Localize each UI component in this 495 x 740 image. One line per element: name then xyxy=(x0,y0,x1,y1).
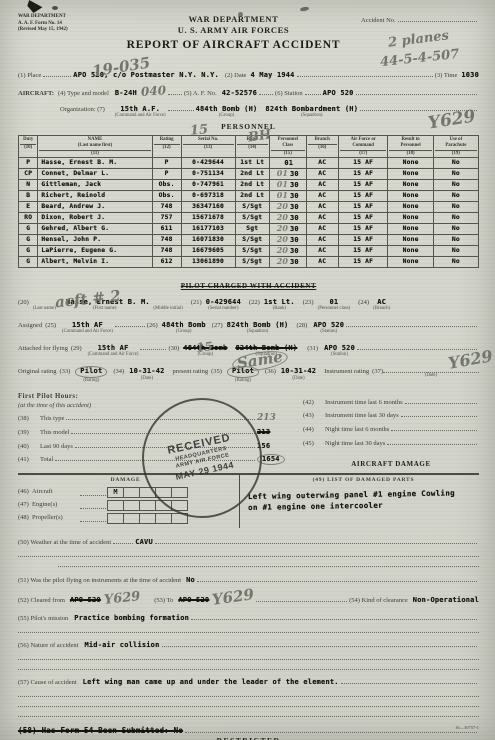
line-clearance: (52) Cleared from APO 520 Y629 (53) To A… xyxy=(18,590,479,605)
item30-number: (30) xyxy=(168,345,179,353)
cell-parachute: No xyxy=(433,157,478,168)
assigned-squadron-value: 824th Bomb (H) xyxy=(227,321,289,329)
hours-item-38: (38) This type 213 xyxy=(18,412,293,423)
pilot-class-value: 01 xyxy=(330,298,339,306)
station-value: APO 520 xyxy=(323,89,354,97)
cell-branch: AC xyxy=(306,190,338,201)
cell-duty: P xyxy=(19,157,38,168)
cell-rating: 748 xyxy=(152,234,181,245)
column-header: Rating(12) xyxy=(152,135,181,157)
cell-rating: Obs. xyxy=(152,179,181,190)
attached-station-field: APO 520 (Station) xyxy=(324,344,355,358)
cell-branch: AC xyxy=(306,168,338,179)
cell-personnel-class: 0130 xyxy=(269,168,306,179)
hours-38-value: 213 xyxy=(257,414,293,423)
column-header: Rank(14) xyxy=(235,135,269,157)
middle-initial-sublabel: (Middle initial) xyxy=(153,307,182,312)
cell-air-force: 15 AF xyxy=(338,245,388,256)
dotted-rule xyxy=(197,574,477,582)
personnel-row: G Gehred, Albert G. 611 16177103 Sgt 203… xyxy=(19,223,479,234)
cell-duty: CP xyxy=(19,168,38,179)
item31-number: (31) xyxy=(307,345,318,353)
hours-item-45: (45) Night time last 30 days xyxy=(303,437,479,448)
original-rating-date-field: 10-31-42 (Date) xyxy=(129,367,164,381)
personnel-row: G LaPierre, Eugene G. 748 16679605 S/Sgt… xyxy=(19,245,479,256)
cell-name: Albert, Melvin I. xyxy=(38,256,152,267)
org-squadron-value: 824th Bombardment (H) xyxy=(265,105,358,113)
cell-rating: 748 xyxy=(152,245,181,256)
column-header: Duty(10) xyxy=(19,135,38,157)
cell-result: None xyxy=(388,223,433,234)
cell-rank: S/Sgt xyxy=(235,201,269,212)
cell-rank: Sgt xyxy=(235,223,269,234)
cell-duty: G xyxy=(19,223,38,234)
cell-personnel-class: 0130 xyxy=(269,179,306,190)
attached-station-value: APO 520 xyxy=(324,344,355,352)
org-group-field: 484th Bomb (H) (Group) xyxy=(196,105,258,119)
pilot-assigned-line: Assigned (25) 15th AF (Command and Air F… xyxy=(18,319,479,335)
cell-name: Beard, Andrew J. xyxy=(38,201,152,212)
damage-cells-aircraft: M xyxy=(108,487,188,498)
personnel-row: N Gittleman, Jack Obs. 0-747961 2nd Lt 0… xyxy=(19,179,479,190)
cause-label: (57) Cause of accident xyxy=(18,679,77,687)
date-sublabel: (Date) xyxy=(292,377,304,382)
line-instruments: (51) Was the pilot flying on instruments… xyxy=(18,574,479,585)
type-label: (4) Type and model xyxy=(58,90,109,98)
item26-number: (26) xyxy=(147,322,158,330)
cell-air-force: 15 AF xyxy=(338,168,388,179)
cell-duty: G xyxy=(19,245,38,256)
date-sublabel: (Date) xyxy=(425,374,437,379)
cell-duty: G xyxy=(19,256,38,267)
pilot-rating-line: Original rating (33) Pilot (Rating) (34)… xyxy=(18,364,479,383)
item25-number: (25) xyxy=(45,322,56,330)
cleared-from-label: (52) Cleared from xyxy=(18,597,65,605)
damage-cells-engines xyxy=(108,500,188,511)
weather-label: (50) Weather at the time of accident xyxy=(18,539,111,547)
present-rating-field: Pilot (Rating) xyxy=(227,366,259,383)
cell-personnel-class: 2030 xyxy=(269,245,306,256)
dotted-rule xyxy=(55,453,255,461)
hours-item-43: (43) Instrument time last 30 days xyxy=(303,409,479,420)
item37-number: (37) xyxy=(372,368,383,376)
line-form54: (58) Has Form 54 Been Submitted: No xyxy=(18,725,479,736)
report-title: REPORT OF AIRCRAFT ACCIDENT xyxy=(106,37,361,53)
handwritten-cleared-from: Y629 xyxy=(103,590,141,607)
org-force-sublabel: (Command and Air Force) xyxy=(115,114,166,119)
blank-rule xyxy=(18,688,479,697)
hours-item-40: (40) Last 90 days 156 xyxy=(18,440,293,451)
dotted-rule xyxy=(75,440,255,448)
cell-parachute: No xyxy=(433,179,478,190)
instrument-rating-field: (Date) xyxy=(383,364,479,379)
cell-result: None xyxy=(388,168,433,179)
nature-label: (56) Nature of accident xyxy=(18,642,78,650)
hours-item-44: (44) Night time last 6 months xyxy=(303,423,479,434)
assigned-af-field: 15th AF (Command and Air Force) xyxy=(62,321,113,335)
instruments-value: No xyxy=(186,576,195,584)
personnel-row: E Beard, Andrew J. 748 36347160 S/Sgt 20… xyxy=(19,201,479,212)
line-cause: (57) Cause of accident Left wing man cam… xyxy=(18,676,479,687)
org-force-field: 15th A.F. (Command and Air Force) xyxy=(115,105,166,119)
assigned-station-value: APO 520 xyxy=(313,321,344,329)
dotted-rule xyxy=(405,396,477,404)
cell-branch: AC xyxy=(306,201,338,212)
aircraft-damage-title: AIRCRAFT DAMAGE xyxy=(303,460,479,469)
time-value: 1030 xyxy=(461,71,479,79)
cell-parachute: No xyxy=(433,190,478,201)
kind-of-clearance-label: (54) Kind of clearance xyxy=(349,597,408,605)
pilot-serial-value: 0-429644 xyxy=(206,298,241,306)
item35-number: (35) xyxy=(211,368,222,376)
assigned-af-value: 15th AF xyxy=(72,321,103,329)
hours-title: First Pilot Hours: xyxy=(18,393,293,401)
cell-serial: 13061890 xyxy=(181,256,235,267)
cell-branch: AC xyxy=(306,234,338,245)
org-group-value: 484th Bomb (H) xyxy=(196,105,258,113)
cell-name: Hensel, John P. xyxy=(38,234,152,245)
org-group-sublabel: (Group) xyxy=(219,114,234,119)
cell-result: None xyxy=(388,245,433,256)
mission-label: (55) Pilot's mission xyxy=(18,615,68,623)
scanned-accident-report-page: WAR DEPARTMENT A. A. F. Form No. 14 (Rev… xyxy=(0,0,495,740)
cause-value: Left wing man came up and under the lead… xyxy=(83,678,339,686)
dotted-rule xyxy=(360,103,477,111)
blank-rule xyxy=(18,661,479,670)
cell-parachute: No xyxy=(433,212,478,223)
cell-air-force: 15 AF xyxy=(338,190,388,201)
cell-duty: N xyxy=(19,179,38,190)
hours-40-value: 156 xyxy=(257,442,293,450)
dotted-rule xyxy=(356,87,477,95)
cell-rank: S/Sgt xyxy=(235,245,269,256)
pilot-attached-line: Attached for flying (29) 15th AF (Comman… xyxy=(18,342,479,358)
dotted-rule xyxy=(305,87,321,95)
cell-result: None xyxy=(388,256,433,267)
cleared-from-value: APO 520 xyxy=(70,596,101,604)
dotted-rule xyxy=(346,319,477,327)
print-code: 16—30757-1 xyxy=(455,725,479,730)
rating-sublabel: (Rating) xyxy=(235,379,251,384)
af-no-label: (5) A. F. No. xyxy=(184,90,217,98)
cell-rating: 611 xyxy=(152,223,181,234)
present-rating-label: present rating xyxy=(173,368,209,376)
branch-sublabel: (Branch) xyxy=(373,307,390,312)
cell-air-force: 15 AF xyxy=(338,223,388,234)
handwritten-type-note: 040 xyxy=(141,84,167,98)
personnel-row: B Richert, Reinold Obs. 0-697318 2nd Lt … xyxy=(19,190,479,201)
cell-personnel-class: 01 xyxy=(269,157,306,168)
blank-rule xyxy=(18,708,479,717)
line-organization: Organization: (7) 15th A.F. (Command and… xyxy=(60,103,479,119)
accident-number-label: Accident No. xyxy=(361,17,396,25)
org-force-value: 15th A.F. xyxy=(120,105,160,113)
dotted-rule xyxy=(80,501,106,509)
cell-rating: P xyxy=(152,168,181,179)
assigned-squadron-sublabel: (Squadron) xyxy=(247,330,269,335)
cleared-to-label: (53) To xyxy=(154,597,173,605)
cell-serial: 0-751134 xyxy=(181,168,235,179)
cell-personnel-class: 2030 xyxy=(269,256,306,267)
assigned-group-sublabel: (Group) xyxy=(176,330,191,335)
cell-name: Richert, Reinold xyxy=(38,190,152,201)
dotted-rule xyxy=(391,423,477,431)
personnel-table-body: P Hasse, Ernest B. M. P 0-429644 1st Lt … xyxy=(19,157,479,267)
line-place-date-time: (1) Place APO 520, c/o Postmaster N.Y. N… xyxy=(18,69,479,80)
accident-number-box: Accident No. xyxy=(361,14,479,53)
instruments-label: (51) Was the pilot flying on instruments… xyxy=(18,577,181,585)
hours-item-42: (42) Instrument time last 6 months xyxy=(303,396,479,407)
cell-branch: AC xyxy=(306,212,338,223)
blank-rule xyxy=(18,548,479,557)
cell-serial: 16679605 xyxy=(181,245,235,256)
damage-section: DAMAGE (46) Aircraft M (47) Engine(s) xyxy=(18,473,479,528)
restricted-marking: RESTRICTED xyxy=(18,736,479,740)
item21-number: (21) xyxy=(191,299,202,307)
cell-serial: 36347160 xyxy=(181,201,235,212)
dotted-rule xyxy=(66,412,255,420)
aircraft-label: AIRCRAFT: xyxy=(18,90,54,98)
item36-number: (36) xyxy=(265,368,276,376)
original-rating-value: Pilot xyxy=(75,366,107,377)
pilot-serial-field: 0-429644 (Serial number) xyxy=(206,298,241,312)
place-value: APO 520, c/o Postmaster N.Y. N.Y. xyxy=(73,71,219,79)
form54-line: (58) Has Form 54 Been Submitted: No xyxy=(18,727,183,736)
personnel-row: G Albert, Melvin I. 612 13061890 S/Sgt 2… xyxy=(19,256,479,267)
attached-squadron-value: 824th Bomb (H) xyxy=(235,344,297,352)
org-squadron-sublabel: (Squadron) xyxy=(301,114,323,119)
cell-branch: AC xyxy=(306,223,338,234)
cell-branch: AC xyxy=(306,245,338,256)
attached-af-sublabel: (Command and Air Force) xyxy=(88,353,139,358)
damage-cells-propellers xyxy=(108,513,188,524)
personnel-section-title: PERSONNEL xyxy=(18,122,479,132)
cell-personnel-class: 2030 xyxy=(269,223,306,234)
nature-value: Mid-air collision xyxy=(84,641,159,649)
item20-number: (20) xyxy=(18,299,29,307)
blank-rule xyxy=(18,651,479,660)
cell-rank: S/Sgt xyxy=(235,234,269,245)
assigned-af-sublabel: (Command and Air Force) xyxy=(62,330,113,335)
blank-rule xyxy=(58,558,479,567)
cell-air-force: 15 AF xyxy=(338,234,388,245)
cell-result: None xyxy=(388,234,433,245)
assigned-squadron-field: 824th Bomb (H) (Squadron) xyxy=(227,321,289,335)
cell-result: None xyxy=(388,201,433,212)
assigned-station-sublabel: (Station) xyxy=(320,330,337,335)
hours-39-value: 213 xyxy=(257,428,293,436)
damage-row-engines: (47) Engine(s) xyxy=(18,500,233,511)
cell-branch: AC xyxy=(306,256,338,267)
dotted-rule xyxy=(162,639,477,647)
column-header: Air Force or Command(17) xyxy=(338,135,388,157)
cell-name: Hasse, Ernest B. M. xyxy=(38,157,152,168)
cell-duty: G xyxy=(19,234,38,245)
instrument-rating-label: Instrument rating xyxy=(324,368,369,376)
cell-result: None xyxy=(388,179,433,190)
dotted-rule xyxy=(341,676,477,684)
personnel-row: P Hasse, Ernest B. M. P 0-429644 1st Lt … xyxy=(19,157,479,168)
pilot-identity-line: (20) Hasse, Ernest B. M. (Last name) (Fi… xyxy=(18,298,479,312)
line-aircraft: AIRCRAFT: (4) Type and model B-24H 040 (… xyxy=(18,85,479,98)
present-rating-date-field: 10-31-42 (Date) xyxy=(281,367,316,381)
attached-station-sublabel: (Station) xyxy=(331,353,348,358)
rank-sublabel: (Rank) xyxy=(273,307,286,312)
attached-af-field: 15th AF (Command and Air Force) xyxy=(88,344,139,358)
date-label: (2) Date xyxy=(225,72,246,80)
cell-name: LaPierre, Eugene G. xyxy=(38,245,152,256)
dotted-rule xyxy=(297,69,433,77)
blank-rule xyxy=(18,698,479,707)
form-number-block: WAR DEPARTMENT A. A. F. Form No. 14 (Rev… xyxy=(18,14,106,53)
hours-right-column: (42) Instrument time last 6 months (43) … xyxy=(293,393,479,469)
item22-number: (22) xyxy=(249,299,260,307)
column-header: Serial No.(13) xyxy=(181,135,235,157)
hours-subtitle: (at the time of this accident) xyxy=(18,402,293,410)
dotted-rule xyxy=(80,514,106,522)
personnel-table: Duty(10) NAME (Last name first)(11) Rati… xyxy=(18,135,479,268)
cell-serial: 0-697318 xyxy=(181,190,235,201)
cell-personnel-class: 0130 xyxy=(269,190,306,201)
cell-duty: E xyxy=(19,201,38,212)
cell-result: None xyxy=(388,190,433,201)
cell-branch: AC xyxy=(306,179,338,190)
dotted-rule xyxy=(401,409,477,417)
dotted-rule xyxy=(256,594,347,602)
column-header: Branch(16) xyxy=(306,135,338,157)
attached-squadron-field: 824th Bomb (H) (Squadron) xyxy=(235,344,297,358)
cell-serial: 0-429644 xyxy=(181,157,235,168)
dotted-rule xyxy=(43,69,71,77)
attached-group-value: 484th Bomb xyxy=(183,344,227,352)
attached-af-value: 15th AF xyxy=(98,344,129,352)
line-mission: (55) Pilot's mission Practice bombing fo… xyxy=(18,612,479,623)
original-rating-label: Original rating xyxy=(18,368,56,376)
dotted-rule xyxy=(168,103,194,111)
cell-parachute: No xyxy=(433,201,478,212)
cell-parachute: No xyxy=(433,245,478,256)
pilot-branch-value: AC xyxy=(377,298,386,306)
item33-number: (33) xyxy=(59,368,70,376)
weather-value: CAVU xyxy=(135,538,153,546)
cell-air-force: 15 AF xyxy=(338,157,388,168)
present-rating-value: Pilot xyxy=(227,366,259,377)
damage-box-title: DAMAGE xyxy=(18,477,233,485)
damage-row-propellers: (48) Propeller(s) xyxy=(18,513,233,524)
damaged-parts-box: (49) LIST OF DAMAGED PARTS Left wing out… xyxy=(240,475,479,528)
dotted-rule xyxy=(115,319,145,327)
serial-sublabel: (Serial number) xyxy=(208,307,238,312)
cell-name: Gehred, Albert G. xyxy=(38,223,152,234)
dotted-rule xyxy=(168,87,182,95)
assigned-label: Assigned xyxy=(18,322,42,330)
dotted-rule xyxy=(357,342,477,350)
cell-branch: AC xyxy=(306,157,338,168)
cell-rating: Obs. xyxy=(152,190,181,201)
department-title: WAR DEPARTMENT xyxy=(106,14,361,25)
cell-air-force: 15 AF xyxy=(338,201,388,212)
personnel-header-row: Duty(10) NAME (Last name first)(11) Rati… xyxy=(19,135,479,157)
place-label: (1) Place xyxy=(18,72,41,80)
af-no-value: 42-52576 xyxy=(222,89,257,97)
dotted-rule xyxy=(140,342,166,350)
original-rating-field: Pilot (Rating) xyxy=(75,366,107,383)
assigned-group-field: 484th Bomb (Group) xyxy=(162,321,206,335)
cleared-to-value: APO 520 xyxy=(178,596,209,604)
column-header: Use of Parachute(19) xyxy=(433,135,478,157)
cell-rating: P xyxy=(152,157,181,168)
cell-rank: 1st Lt xyxy=(235,157,269,168)
station-label: (6) Station xyxy=(275,90,303,98)
damage-box: DAMAGE (46) Aircraft M (47) Engine(s) xyxy=(18,475,240,528)
dotted-rule xyxy=(185,725,477,733)
last-name-sublabel: (Last name) xyxy=(33,307,56,312)
cell-serial: 0-747961 xyxy=(181,179,235,190)
line-weather: (50) Weather at the time of accident CAV… xyxy=(18,536,479,547)
cell-name: Dixon, Robert J. xyxy=(38,212,152,223)
pilot-rank-field: 1st Lt. (Rank) xyxy=(264,298,295,312)
cell-rating: 748 xyxy=(152,201,181,212)
form-titles: WAR DEPARTMENT U. S. ARMY AIR FORCES REP… xyxy=(106,14,361,53)
cell-serial: 16177103 xyxy=(181,223,235,234)
dotted-rule xyxy=(155,536,477,544)
first-name-sublabel: (First name) xyxy=(93,307,117,312)
cell-result: None xyxy=(388,212,433,223)
organization-label: Organization: (7) xyxy=(60,106,105,114)
item34-number: (34) xyxy=(113,368,124,376)
column-header: Result to Personnel(18) xyxy=(388,135,433,157)
hours-item-39: (39) This model 213 xyxy=(18,426,293,437)
damaged-parts-text: Left wing outerwing panel #1 engine Cowl… xyxy=(248,487,479,514)
cell-rating: 757 xyxy=(152,212,181,223)
item27-number: (27) xyxy=(212,322,223,330)
service-title: U. S. ARMY AIR FORCES xyxy=(106,25,361,36)
cell-parachute: No xyxy=(433,234,478,245)
cell-rating: 612 xyxy=(152,256,181,267)
assigned-station-field: APO 520 (Station) xyxy=(313,321,344,335)
personnel-row: CP Connet, Delmar L. P 0-751134 2nd Lt 0… xyxy=(19,168,479,179)
hours-41-value: 1654 xyxy=(257,454,285,465)
kind-of-clearance-value: Non-Operational xyxy=(413,596,479,604)
cell-result: None xyxy=(388,157,433,168)
pilot-name-value: Hasse, Ernest B. M. xyxy=(66,298,150,306)
cell-duty: RO xyxy=(19,212,38,223)
cell-name: Connet, Delmar L. xyxy=(38,168,152,179)
personnel-row: RO Dixon, Robert J. 757 15671678 S/Sgt 2… xyxy=(19,212,479,223)
present-rating-date: 10-31-42 xyxy=(281,367,316,375)
cell-name: Gittleman, Jack xyxy=(38,179,152,190)
cell-air-force: 15 AF xyxy=(338,212,388,223)
damage-row-aircraft: (46) Aircraft M xyxy=(18,487,233,498)
dotted-rule xyxy=(80,488,106,496)
rating-sublabel: (Rating) xyxy=(83,379,99,384)
date-sublabel: (Date) xyxy=(141,377,153,382)
dotted-rule xyxy=(387,437,477,445)
time-label: (3) Time xyxy=(435,72,458,80)
item23-number: (23) xyxy=(303,299,314,307)
class-sublabel: (Personnel class) xyxy=(318,307,351,312)
date-value: 4 May 1944 xyxy=(250,71,294,79)
type-value: B-24H xyxy=(115,89,137,97)
cell-air-force: 15 AF xyxy=(338,256,388,267)
blank-rule xyxy=(18,624,479,633)
form-header: WAR DEPARTMENT A. A. F. Form No. 14 (Rev… xyxy=(18,14,479,53)
cell-parachute: No xyxy=(433,168,478,179)
hours-left-column: First Pilot Hours: (at the time of this … xyxy=(18,393,293,469)
pilot-branch-field: AC (Branch) xyxy=(373,298,390,312)
cell-serial: 15671678 xyxy=(181,212,235,223)
attached-group-field: 484th Bomb (Group) xyxy=(183,344,227,358)
